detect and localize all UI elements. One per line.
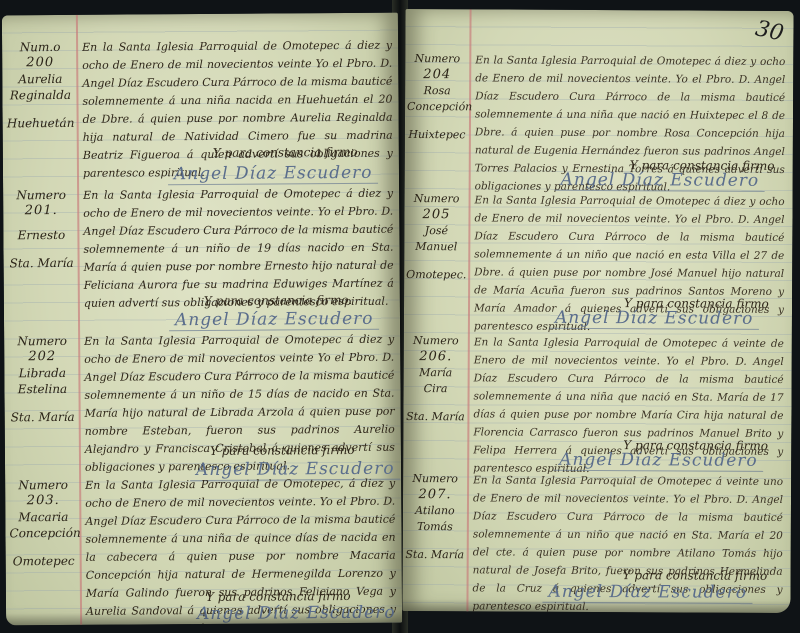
entry-number: 203.: [9, 493, 77, 509]
entry-label: Numero: [8, 333, 76, 349]
closing-phrase: Y para constancia firmo.: [204, 293, 352, 308]
given-name: María: [406, 365, 466, 381]
birth-place: Sta. María: [405, 547, 465, 563]
priest-signature: Angel Díaz Escudero: [555, 170, 766, 192]
open-register-book: Num.o 200 Aurelia Reginalda Huehuetán En…: [0, 0, 800, 633]
second-name: Concepción: [407, 99, 467, 115]
entry-label: Numero: [406, 333, 466, 349]
second-name: Cira: [406, 381, 466, 397]
given-name: Macaria: [9, 509, 77, 525]
birth-place: Huixtepec: [407, 127, 467, 143]
entry-margin-notes: Numero 205 José Manuel Omotepec.: [406, 191, 466, 283]
closing-phrase: Y para constancia firmo: [206, 589, 351, 604]
baptism-entry-207: Numero 207. Atilano Tomás Sta. María En …: [402, 471, 791, 603]
entry-number: 207.: [405, 487, 465, 503]
page-number: 30: [753, 16, 786, 46]
entry-label: Num.o: [6, 39, 74, 55]
birth-place: Sta. María: [9, 409, 77, 425]
baptism-entry-202: Numero 202 Librada Estelina Sta. María E…: [4, 331, 401, 474]
baptism-entry-205: Numero 205 José Manuel Omotepec. En la S…: [404, 191, 793, 323]
closing-phrase: Y para constancia firmo: [210, 443, 355, 458]
entry-number: 202: [8, 349, 76, 365]
entry-margin-notes: Num.o 200 Aurelia Reginalda Huehuetán: [6, 39, 75, 131]
page-edge-shadow: [402, 599, 790, 613]
priest-signature: Angel Díaz Escudero: [169, 309, 380, 331]
priest-signature: Angel Díaz Escudero: [549, 308, 760, 330]
given-name: Librada: [8, 365, 76, 381]
entry-number: 206.: [406, 349, 466, 365]
entry-number: 205: [406, 207, 466, 223]
entry-margin-notes: Numero 201. Ernesto Sta. María: [7, 187, 76, 271]
entry-margin-notes: Numero 202 Librada Estelina Sta. María: [8, 333, 77, 425]
entry-margin-notes: Numero 203. Macaria Concepción Omotepec: [9, 477, 78, 569]
entry-label: Numero: [405, 471, 465, 487]
baptism-entry-200: Num.o 200 Aurelia Reginalda Huehuetán En…: [2, 37, 399, 180]
entry-margin-notes: Numero 206. María Cira Sta. María: [405, 333, 465, 425]
birth-place: Omotepec: [10, 553, 78, 569]
birth-place: Omotepec.: [406, 267, 466, 283]
second-name: Concepción: [9, 525, 77, 541]
birth-place: Sta. María: [8, 255, 76, 271]
entry-label: Numero: [7, 187, 75, 203]
page-edge-shadow: [6, 611, 402, 626]
baptism-entry-204: Numero 204 Rosa Concepción Huixtepec En …: [405, 51, 794, 183]
priest-signature: Angel Díaz Escudero: [553, 450, 764, 472]
baptism-entry-206: Numero 206. María Cira Sta. María En la …: [403, 333, 792, 465]
second-name: Reginalda: [6, 87, 74, 103]
closing-phrase: Y para constancia firmo: [213, 145, 358, 160]
given-name: Rosa: [407, 83, 467, 99]
given-name: José: [406, 223, 466, 239]
left-page: Num.o 200 Aurelia Reginalda Huehuetán En…: [2, 13, 402, 626]
entry-label: Numero: [407, 191, 467, 207]
entry-label: Numero: [9, 477, 77, 493]
birth-place: Huehuetán: [7, 115, 75, 131]
second-name: Manuel: [406, 239, 466, 255]
baptism-entry-201: Numero 201. Ernesto Sta. María En la San…: [3, 185, 400, 328]
second-name: Tomás: [405, 519, 465, 535]
given-name: Atilano: [405, 503, 465, 519]
entry-label: Numero: [407, 51, 467, 67]
entry-body-text: En la Santa Iglesia Parroquial de Omotep…: [82, 37, 393, 183]
entry-number: 200: [6, 55, 74, 71]
baptism-entry-203: Numero 203. Macaria Concepción Omotepec …: [5, 475, 402, 626]
right-page: 30 Numero 204 Rosa Concepción Huixtepec …: [402, 9, 793, 613]
birth-place: Sta. María: [405, 409, 465, 425]
entry-number: 201.: [7, 203, 75, 219]
entry-number: 204: [407, 67, 467, 83]
entry-margin-notes: Numero 204 Rosa Concepción Huixtepec: [407, 51, 467, 143]
closing-phrase: Y para constancia firmo: [623, 568, 768, 583]
second-name: Estelina: [8, 381, 76, 397]
given-name: Ernesto: [7, 227, 75, 243]
given-name: Aurelia: [6, 71, 74, 87]
priest-signature: Angel Díaz Escudero: [168, 163, 379, 185]
entry-margin-notes: Numero 207. Atilano Tomás Sta. María: [405, 471, 465, 563]
